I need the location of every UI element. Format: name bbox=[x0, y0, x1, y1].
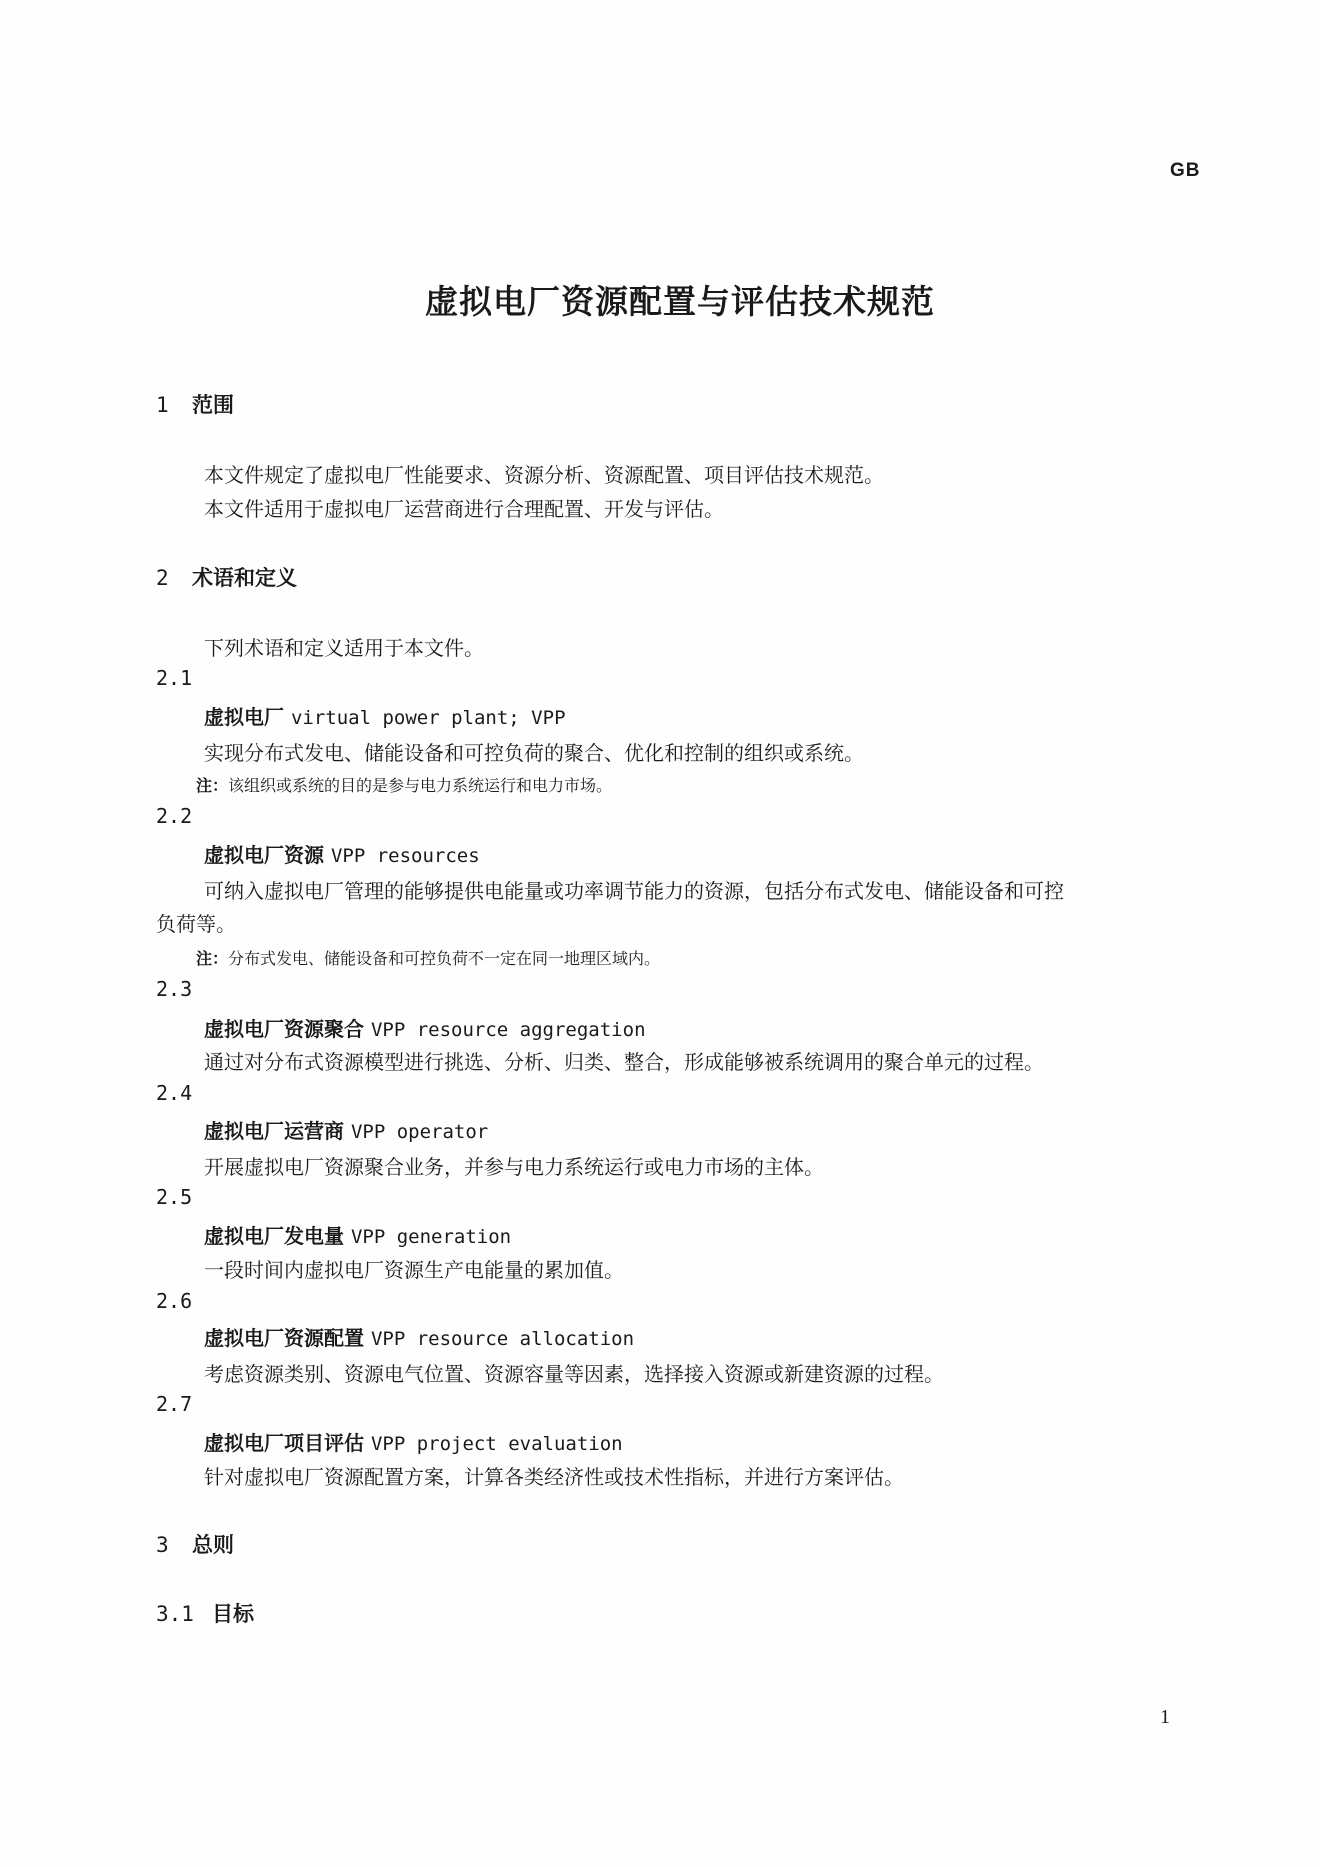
page-number: 1 bbox=[1160, 1706, 1170, 1729]
section-3-heading: 3总则 bbox=[156, 1529, 234, 1559]
term-en: VPP generation bbox=[351, 1226, 511, 1248]
term-heading: 虚拟电厂资源 VPP resources bbox=[204, 839, 480, 868]
term-zh: 虚拟电厂 bbox=[204, 705, 284, 729]
section-1-heading: 1范围 bbox=[156, 389, 234, 419]
section-title: 总则 bbox=[192, 1533, 234, 1557]
term-en: VPP project evaluation bbox=[371, 1433, 623, 1455]
term-number: 2.1 bbox=[156, 666, 192, 690]
term-definition: 针对虚拟电厂资源配置方案，计算各类经济性或技术性指标，并进行方案评估。 bbox=[204, 1461, 904, 1490]
note-label: 注： bbox=[196, 776, 228, 795]
term-definition: 一段时间内虚拟电厂资源生产电能量的累加值。 bbox=[204, 1254, 624, 1283]
term-definition: 考虑资源类别、资源电气位置、资源容量等因素，选择接入资源或新建资源的过程。 bbox=[204, 1358, 944, 1387]
term-number: 2.2 bbox=[156, 804, 192, 828]
note-text: 该组织或系统的目的是参与电力系统运行和电力市场。 bbox=[228, 776, 612, 795]
paragraph: 下列术语和定义适用于本文件。 bbox=[204, 632, 484, 661]
section-title: 术语和定义 bbox=[192, 566, 297, 590]
term-heading: 虚拟电厂项目评估 VPP project evaluation bbox=[204, 1427, 623, 1456]
note-label: 注： bbox=[196, 949, 228, 968]
section-title: 范围 bbox=[192, 393, 234, 417]
term-number: 2.7 bbox=[156, 1392, 192, 1416]
term-definition: 通过对分布式资源模型进行挑选、分析、归类、整合，形成能够被系统调用的聚合单元的过… bbox=[204, 1046, 1044, 1075]
term-heading: 虚拟电厂 virtual power plant; VPP bbox=[204, 701, 566, 730]
section-number: 3 bbox=[156, 1533, 192, 1557]
section-number: 1 bbox=[156, 393, 192, 417]
section-2-heading: 2术语和定义 bbox=[156, 562, 297, 592]
term-en: virtual power plant; VPP bbox=[291, 707, 566, 729]
section-3-1-heading: 3.1目标 bbox=[156, 1598, 254, 1628]
paragraph: 本文件规定了虚拟电厂性能要求、资源分析、资源配置、项目评估技术规范。 bbox=[204, 459, 884, 488]
document-title: 虚拟电厂资源配置与评估技术规范 bbox=[0, 276, 1320, 323]
term-heading: 虚拟电厂发电量 VPP generation bbox=[204, 1220, 511, 1249]
term-zh: 虚拟电厂资源 bbox=[204, 843, 324, 867]
term-number: 2.4 bbox=[156, 1081, 192, 1105]
term-note: 注：分布式发电、储能设备和可控负荷不一定在同一地理区域内。 bbox=[196, 946, 660, 969]
term-en: VPP operator bbox=[351, 1121, 488, 1143]
term-zh: 虚拟电厂发电量 bbox=[204, 1224, 344, 1248]
term-zh: 虚拟电厂项目评估 bbox=[204, 1431, 364, 1455]
term-en: VPP resource allocation bbox=[371, 1328, 634, 1350]
paragraph: 本文件适用于虚拟电厂运营商进行合理配置、开发与评估。 bbox=[204, 493, 724, 522]
section-title: 目标 bbox=[212, 1602, 254, 1626]
term-heading: 虚拟电厂运营商 VPP operator bbox=[204, 1115, 488, 1144]
term-definition: 实现分布式发电、储能设备和可控负荷的聚合、优化和控制的组织或系统。 bbox=[204, 737, 864, 766]
section-number: 3.1 bbox=[156, 1602, 212, 1626]
term-zh: 虚拟电厂资源聚合 bbox=[204, 1017, 364, 1041]
standard-code: GB bbox=[1170, 160, 1201, 182]
note-text: 分布式发电、储能设备和可控负荷不一定在同一地理区域内。 bbox=[228, 949, 660, 968]
term-number: 2.3 bbox=[156, 977, 192, 1001]
term-number: 2.6 bbox=[156, 1289, 192, 1313]
term-zh: 虚拟电厂运营商 bbox=[204, 1119, 344, 1143]
term-definition: 可纳入虚拟电厂管理的能够提供电能量或功率调节能力的资源，包括分布式发电、储能设备… bbox=[204, 875, 1064, 904]
term-heading: 虚拟电厂资源配置 VPP resource allocation bbox=[204, 1322, 634, 1351]
term-definition: 开展虚拟电厂资源聚合业务，并参与电力系统运行或电力市场的主体。 bbox=[204, 1151, 824, 1180]
term-en: VPP resources bbox=[331, 845, 480, 867]
term-zh: 虚拟电厂资源配置 bbox=[204, 1326, 364, 1350]
term-heading: 虚拟电厂资源聚合 VPP resource aggregation bbox=[204, 1013, 646, 1042]
term-en: VPP resource aggregation bbox=[371, 1019, 646, 1041]
term-definition-cont: 负荷等。 bbox=[156, 908, 236, 937]
term-note: 注：该组织或系统的目的是参与电力系统运行和电力市场。 bbox=[196, 773, 612, 796]
section-number: 2 bbox=[156, 566, 192, 590]
term-number: 2.5 bbox=[156, 1185, 192, 1209]
